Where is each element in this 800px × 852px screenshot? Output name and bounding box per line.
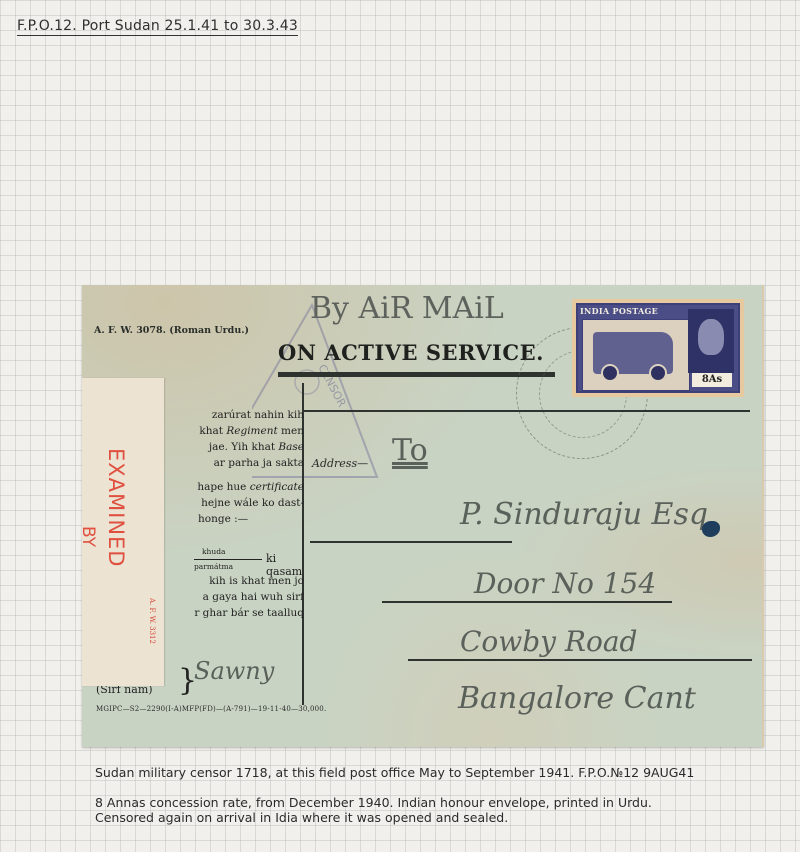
on-active-service-title: ON ACTIVE SERVICE. [278, 340, 544, 365]
portrait-head [698, 319, 724, 355]
censor-label: EXAMINED BY A. F. W. 3312 [82, 378, 164, 686]
urdu-line: a gaya hai wuh sirf [192, 589, 304, 605]
svg-text:CENSOR: CENSOR [315, 362, 348, 409]
title-rule [278, 372, 555, 377]
urdu-line: ar parha ja sakta [192, 455, 304, 471]
urdu-line: jae. Yih khat Base [192, 439, 304, 455]
address-to: To [392, 433, 428, 468]
urdu-line: hejne wále ko dast- [192, 495, 304, 511]
address-line-1 [310, 541, 512, 543]
caption-line-3: Censored again on arrival in Idia where … [95, 810, 508, 825]
urdu-line: r ghar bár se taalluq [192, 605, 304, 621]
address-label: Address— [312, 457, 368, 470]
print-code: MGIPC—S2—2290(I-A)MFP(FD)—(A-791)—19-11-… [96, 705, 326, 713]
oath-fraction-line [194, 559, 262, 560]
wheel-icon [601, 364, 619, 382]
address-line-road: Cowby Road [460, 625, 637, 658]
oath-upper: khuda [202, 547, 225, 556]
urdu-line: honge :— [192, 511, 304, 527]
mail-lorry-icon [582, 319, 690, 391]
address-top-rule [304, 410, 750, 412]
address-line-city: Bangalore Cant [458, 681, 696, 716]
address-line-3 [408, 659, 752, 661]
examined-text: EXAMINED [104, 448, 128, 567]
wheel-icon [649, 364, 667, 382]
postage-stamp: INDIA POSTAGE 8As [572, 299, 744, 397]
urdu-line [192, 471, 304, 479]
urdu-line: hape hue certificate [192, 479, 304, 495]
caption-line-2: 8 Annas concession rate, from December 1… [95, 795, 652, 810]
caption-line-1: Sudan military censor 1718, at this fiel… [95, 765, 694, 780]
stamp-country: INDIA POSTAGE [580, 306, 658, 316]
urdu-line: khat Regiment men [192, 423, 304, 439]
urdu-line: kih is khat men jo [192, 573, 304, 589]
stamp-value: 8As [692, 373, 732, 387]
page-heading: F.P.O.12. Port Sudan 25.1.41 to 30.3.43 [17, 18, 298, 36]
envelope: CENSOR A. F. W. 3078. (Roman Urdu.) By A… [82, 285, 764, 747]
ink-blot [702, 521, 720, 537]
oath-lower: parmátma [194, 562, 233, 571]
address-line-door: Door No 154 [474, 567, 656, 600]
stamp-frame: INDIA POSTAGE 8As [576, 303, 740, 393]
censor-form-number: A. F. W. 3312 [148, 598, 156, 644]
handwritten-signature: Sawny [194, 657, 274, 685]
address-name: P. Sinduraju Esq [460, 497, 708, 532]
handwritten-airmail: By AiR MAiL [310, 291, 504, 326]
urdu-declaration: kih is khat men jo a gaya hai wuh sirf r… [192, 573, 304, 621]
examined-by-text: BY [78, 526, 98, 547]
urdu-line: zarúrat nahin kih [192, 407, 304, 423]
urdu-instructions: zarúrat nahin kih khat Regiment men jae.… [192, 407, 304, 527]
king-portrait-icon [688, 309, 734, 373]
form-number: A. F. W. 3078. (Roman Urdu.) [94, 325, 249, 336]
address-line-2 [382, 601, 672, 603]
